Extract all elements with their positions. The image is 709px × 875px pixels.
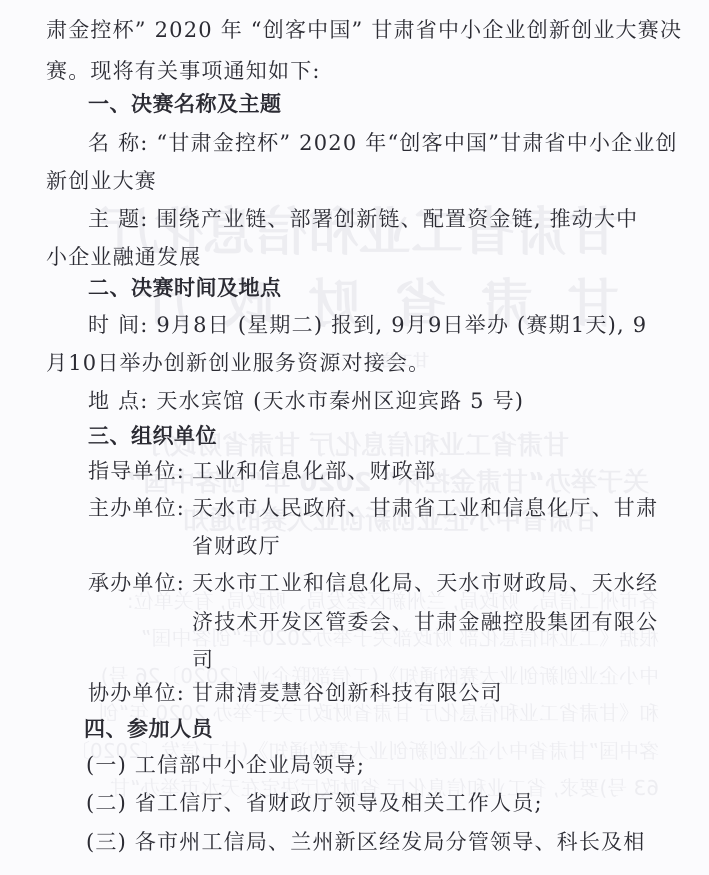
organizer-unit-value-2: 济技术开发区管委会、甘肃金融控股集团有限公	[192, 609, 658, 635]
co-unit-label: 协办单位:	[88, 680, 185, 706]
guide-unit-value: 工业和信息化部、财政部	[192, 458, 436, 484]
organizer-unit-label: 承办单位:	[88, 570, 185, 596]
section-heading-2: 二、决赛时间及地点	[88, 275, 282, 301]
document-page: 甘肃省工业和信息化厅 甘 肃 省 财 政 厅 甘工信发 甘肃省工业和信息化厅 甘…	[0, 0, 709, 875]
section-heading-4: 四、参加人员	[84, 716, 213, 742]
organizer-unit-value-3: 司	[192, 647, 214, 673]
intro-line-1: 肃金控杯” 2020 年 “创客中国” 甘肃省中小企业创新创业大赛决	[46, 17, 682, 43]
host-unit-label: 主办单位:	[88, 495, 185, 521]
time-line-2: 月10日举办创新创业服务资源对接会。	[46, 350, 430, 376]
participant-item-3: (三) 各市州工信局、兰州新区经发局分管领导、科长及相	[86, 829, 645, 855]
intro-line-2: 赛。现将有关事项通知如下:	[46, 58, 321, 84]
participant-item-2: (二) 省工信厅、省财政厅领导及相关工作人员;	[86, 790, 543, 816]
organizer-unit-value-1: 天水市工业和信息化局、天水市财政局、天水经	[192, 570, 658, 596]
section-heading-3: 三、组织单位	[88, 423, 217, 449]
contest-theme-line-2: 小企业融通发展	[46, 244, 201, 270]
contest-name-line-1: 名 称: “甘肃金控杯” 2020 年“创客中国”甘肃省中小企业创	[88, 130, 678, 156]
contest-name-line-2: 新创业大赛	[46, 168, 157, 194]
host-unit-value-2: 省财政厅	[192, 533, 281, 559]
participant-item-1: (一) 工信部中小企业局领导;	[86, 752, 365, 778]
co-unit-value: 甘肃清麦慧谷创新科技有限公司	[192, 680, 503, 706]
host-unit-value-1: 天水市人民政府、甘肃省工业和信息化厅、甘肃	[192, 495, 658, 521]
contest-theme-line-1: 主 题: 围绕产业链、部署创新链、配置资金链, 推动大中	[88, 206, 638, 232]
section-heading-1: 一、决赛名称及主题	[88, 91, 282, 117]
place-line: 地 点: 天水宾馆 (天水市秦州区迎宾路 5 号)	[88, 388, 524, 414]
guide-unit-label: 指导单位:	[88, 458, 185, 484]
time-line-1: 时 间: 9月8日 (星期二) 报到, 9月9日举办 (赛期1天), 9	[88, 312, 647, 338]
